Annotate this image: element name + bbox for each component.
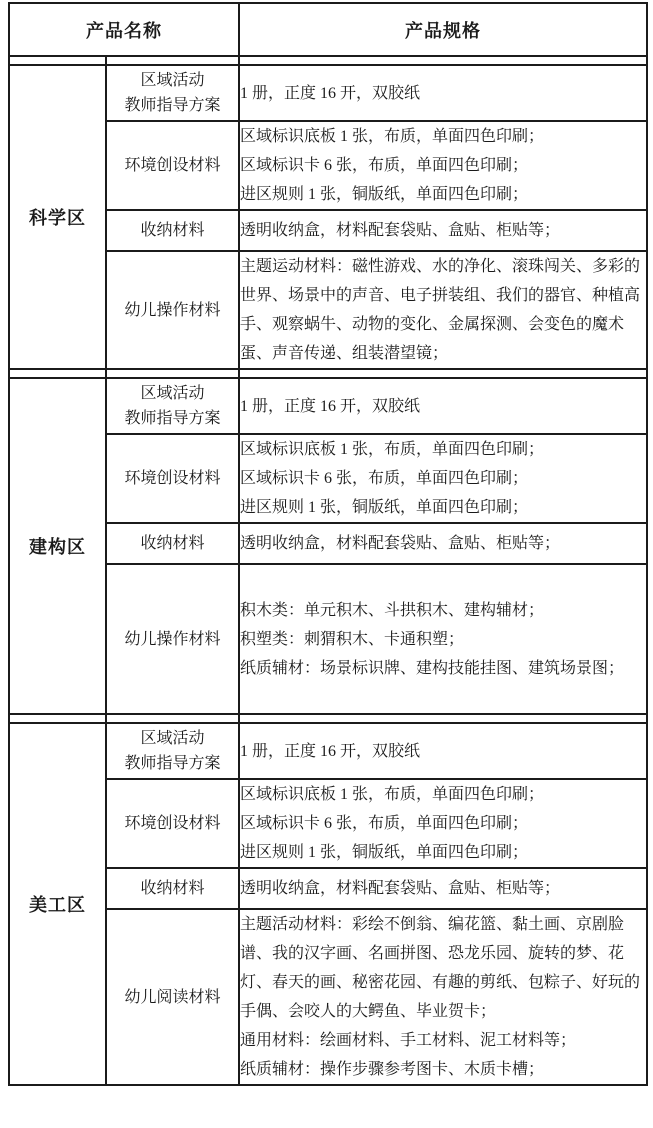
material-type-line: 教师指导方案 [107,751,238,776]
section-gap-cell [106,714,239,723]
spec-cell: 1 册，正度 16 开，双胶纸 [239,65,647,121]
spec-line: 主题运动材料：磁性游戏、水的净化、滚珠闯关、多彩的世界、场景中的声音、电子拼装组… [240,252,646,368]
material-type-cell: 区域活动教师指导方案 [106,723,239,779]
spec-line: 区域标识卡 6 张，布质，单面四色印刷； [240,151,646,180]
spec-cell: 积木类：单元积木、斗拱积木、建构辅材；积塑类：刺猬积木、卡通积塑；纸质辅材：场景… [239,564,647,714]
spec-line: 纸质辅材：场景标识牌、建构技能挂图、建筑场景图； [240,654,646,683]
spec-line: 区域标识卡 6 张，布质，单面四色印刷； [240,464,646,493]
spec-line: 区域标识卡 6 张，布质，单面四色印刷； [240,809,646,838]
document-page: 产品名称 产品规格 科学区区域活动教师指导方案1 册，正度 16 开，双胶纸环境… [0,2,653,1128]
spec-line: 积木类：单元积木、斗拱积木、建构辅材； [240,596,646,625]
material-type-cell: 幼儿操作材料 [106,251,239,369]
spec-cell: 区域标识底板 1 张，布质，单面四色印刷；区域标识卡 6 张，布质，单面四色印刷… [239,121,647,210]
spec-line: 透明收纳盒，材料配套袋贴、盒贴、柜贴等； [240,874,646,903]
spec-cell: 透明收纳盒，材料配套袋贴、盒贴、柜贴等； [239,868,647,909]
spec-cell: 区域标识底板 1 张，布质，单面四色印刷；区域标识卡 6 张，布质，单面四色印刷… [239,779,647,868]
section-gap-row [9,714,647,723]
spec-line: 进区规则 1 张，铜版纸，单面四色印刷； [240,180,646,209]
table-row: 科学区区域活动教师指导方案1 册，正度 16 开，双胶纸 [9,65,647,121]
section-gap-cell [9,369,106,378]
spec-line: 区域标识底板 1 张，布质，单面四色印刷； [240,435,646,464]
spec-line: 区域标识底板 1 张，布质，单面四色印刷； [240,122,646,151]
material-type-line: 收纳材料 [107,218,238,243]
material-type-cell: 区域活动教师指导方案 [106,378,239,434]
material-type-line: 区域活动 [107,381,238,406]
spec-cell: 1 册，正度 16 开，双胶纸 [239,378,647,434]
spec-line: 纸质辅材：操作步骤参考图卡、木质卡槽； [240,1055,646,1084]
material-type-line: 教师指导方案 [107,406,238,431]
section-gap-row [9,369,647,378]
material-type-line: 幼儿操作材料 [107,627,238,652]
material-type-line: 收纳材料 [107,876,238,901]
section-gap-cell [239,369,647,378]
header-product-spec: 产品规格 [239,3,647,56]
material-type-line: 环境创设材料 [107,153,238,178]
material-type-line: 环境创设材料 [107,811,238,836]
material-type-cell: 区域活动教师指导方案 [106,65,239,121]
section-gap-cell [239,56,647,65]
section-gap-cell [106,369,239,378]
material-type-cell: 环境创设材料 [106,779,239,868]
header-product-name: 产品名称 [9,3,239,56]
material-type-line: 教师指导方案 [107,93,238,118]
material-type-cell: 收纳材料 [106,868,239,909]
spec-line: 通用材料：绘画材料、手工材料、泥工材料等； [240,1026,646,1055]
spec-line: 1 册，正度 16 开，双胶纸 [240,392,646,421]
spec-cell: 主题活动材料：彩绘不倒翁、编花篮、黏土画、京剧脸谱、我的汉字画、名画拼图、恐龙乐… [239,909,647,1085]
material-type-line: 环境创设材料 [107,466,238,491]
spec-line: 进区规则 1 张，铜版纸，单面四色印刷； [240,493,646,522]
spec-cell: 主题运动材料：磁性游戏、水的净化、滚珠闯关、多彩的世界、场景中的声音、电子拼装组… [239,251,647,369]
spec-line: 1 册，正度 16 开，双胶纸 [240,79,646,108]
table-row: 美工区区域活动教师指导方案1 册，正度 16 开，双胶纸 [9,723,647,779]
spec-line: 主题活动材料：彩绘不倒翁、编花篮、黏土画、京剧脸谱、我的汉字画、名画拼图、恐龙乐… [240,910,646,1026]
product-spec-table: 产品名称 产品规格 科学区区域活动教师指导方案1 册，正度 16 开，双胶纸环境… [8,2,648,1086]
material-type-line: 幼儿阅读材料 [107,985,238,1010]
material-type-cell: 幼儿操作材料 [106,564,239,714]
spec-cell: 透明收纳盒，材料配套袋贴、盒贴、柜贴等； [239,523,647,564]
spec-line: 1 册，正度 16 开，双胶纸 [240,737,646,766]
spec-line: 区域标识底板 1 张，布质，单面四色印刷； [240,780,646,809]
spec-cell: 1 册，正度 16 开，双胶纸 [239,723,647,779]
section-gap-cell [9,56,106,65]
section-gap-cell [239,714,647,723]
material-type-cell: 环境创设材料 [106,121,239,210]
table-header-row: 产品名称 产品规格 [9,3,647,56]
material-type-line: 区域活动 [107,68,238,93]
spec-cell: 区域标识底板 1 张，布质，单面四色印刷；区域标识卡 6 张，布质，单面四色印刷… [239,434,647,523]
material-type-line: 幼儿操作材料 [107,298,238,323]
area-name-cell: 建构区 [9,378,106,714]
material-type-cell: 幼儿阅读材料 [106,909,239,1085]
area-name-cell: 美工区 [9,723,106,1085]
spec-line: 透明收纳盒，材料配套袋贴、盒贴、柜贴等； [240,216,646,245]
material-type-line: 收纳材料 [107,531,238,556]
table-row: 建构区区域活动教师指导方案1 册，正度 16 开，双胶纸 [9,378,647,434]
material-type-cell: 环境创设材料 [106,434,239,523]
spec-line: 积塑类：刺猬积木、卡通积塑； [240,625,646,654]
section-gap-cell [106,56,239,65]
material-type-cell: 收纳材料 [106,523,239,564]
material-type-cell: 收纳材料 [106,210,239,251]
section-gap-row [9,56,647,65]
spec-cell: 透明收纳盒，材料配套袋贴、盒贴、柜贴等； [239,210,647,251]
spec-line: 透明收纳盒，材料配套袋贴、盒贴、柜贴等； [240,529,646,558]
spec-line: 进区规则 1 张，铜版纸，单面四色印刷； [240,838,646,867]
area-name-cell: 科学区 [9,65,106,369]
material-type-line: 区域活动 [107,726,238,751]
section-gap-cell [9,714,106,723]
table-body: 产品名称 产品规格 科学区区域活动教师指导方案1 册，正度 16 开，双胶纸环境… [9,3,647,1085]
